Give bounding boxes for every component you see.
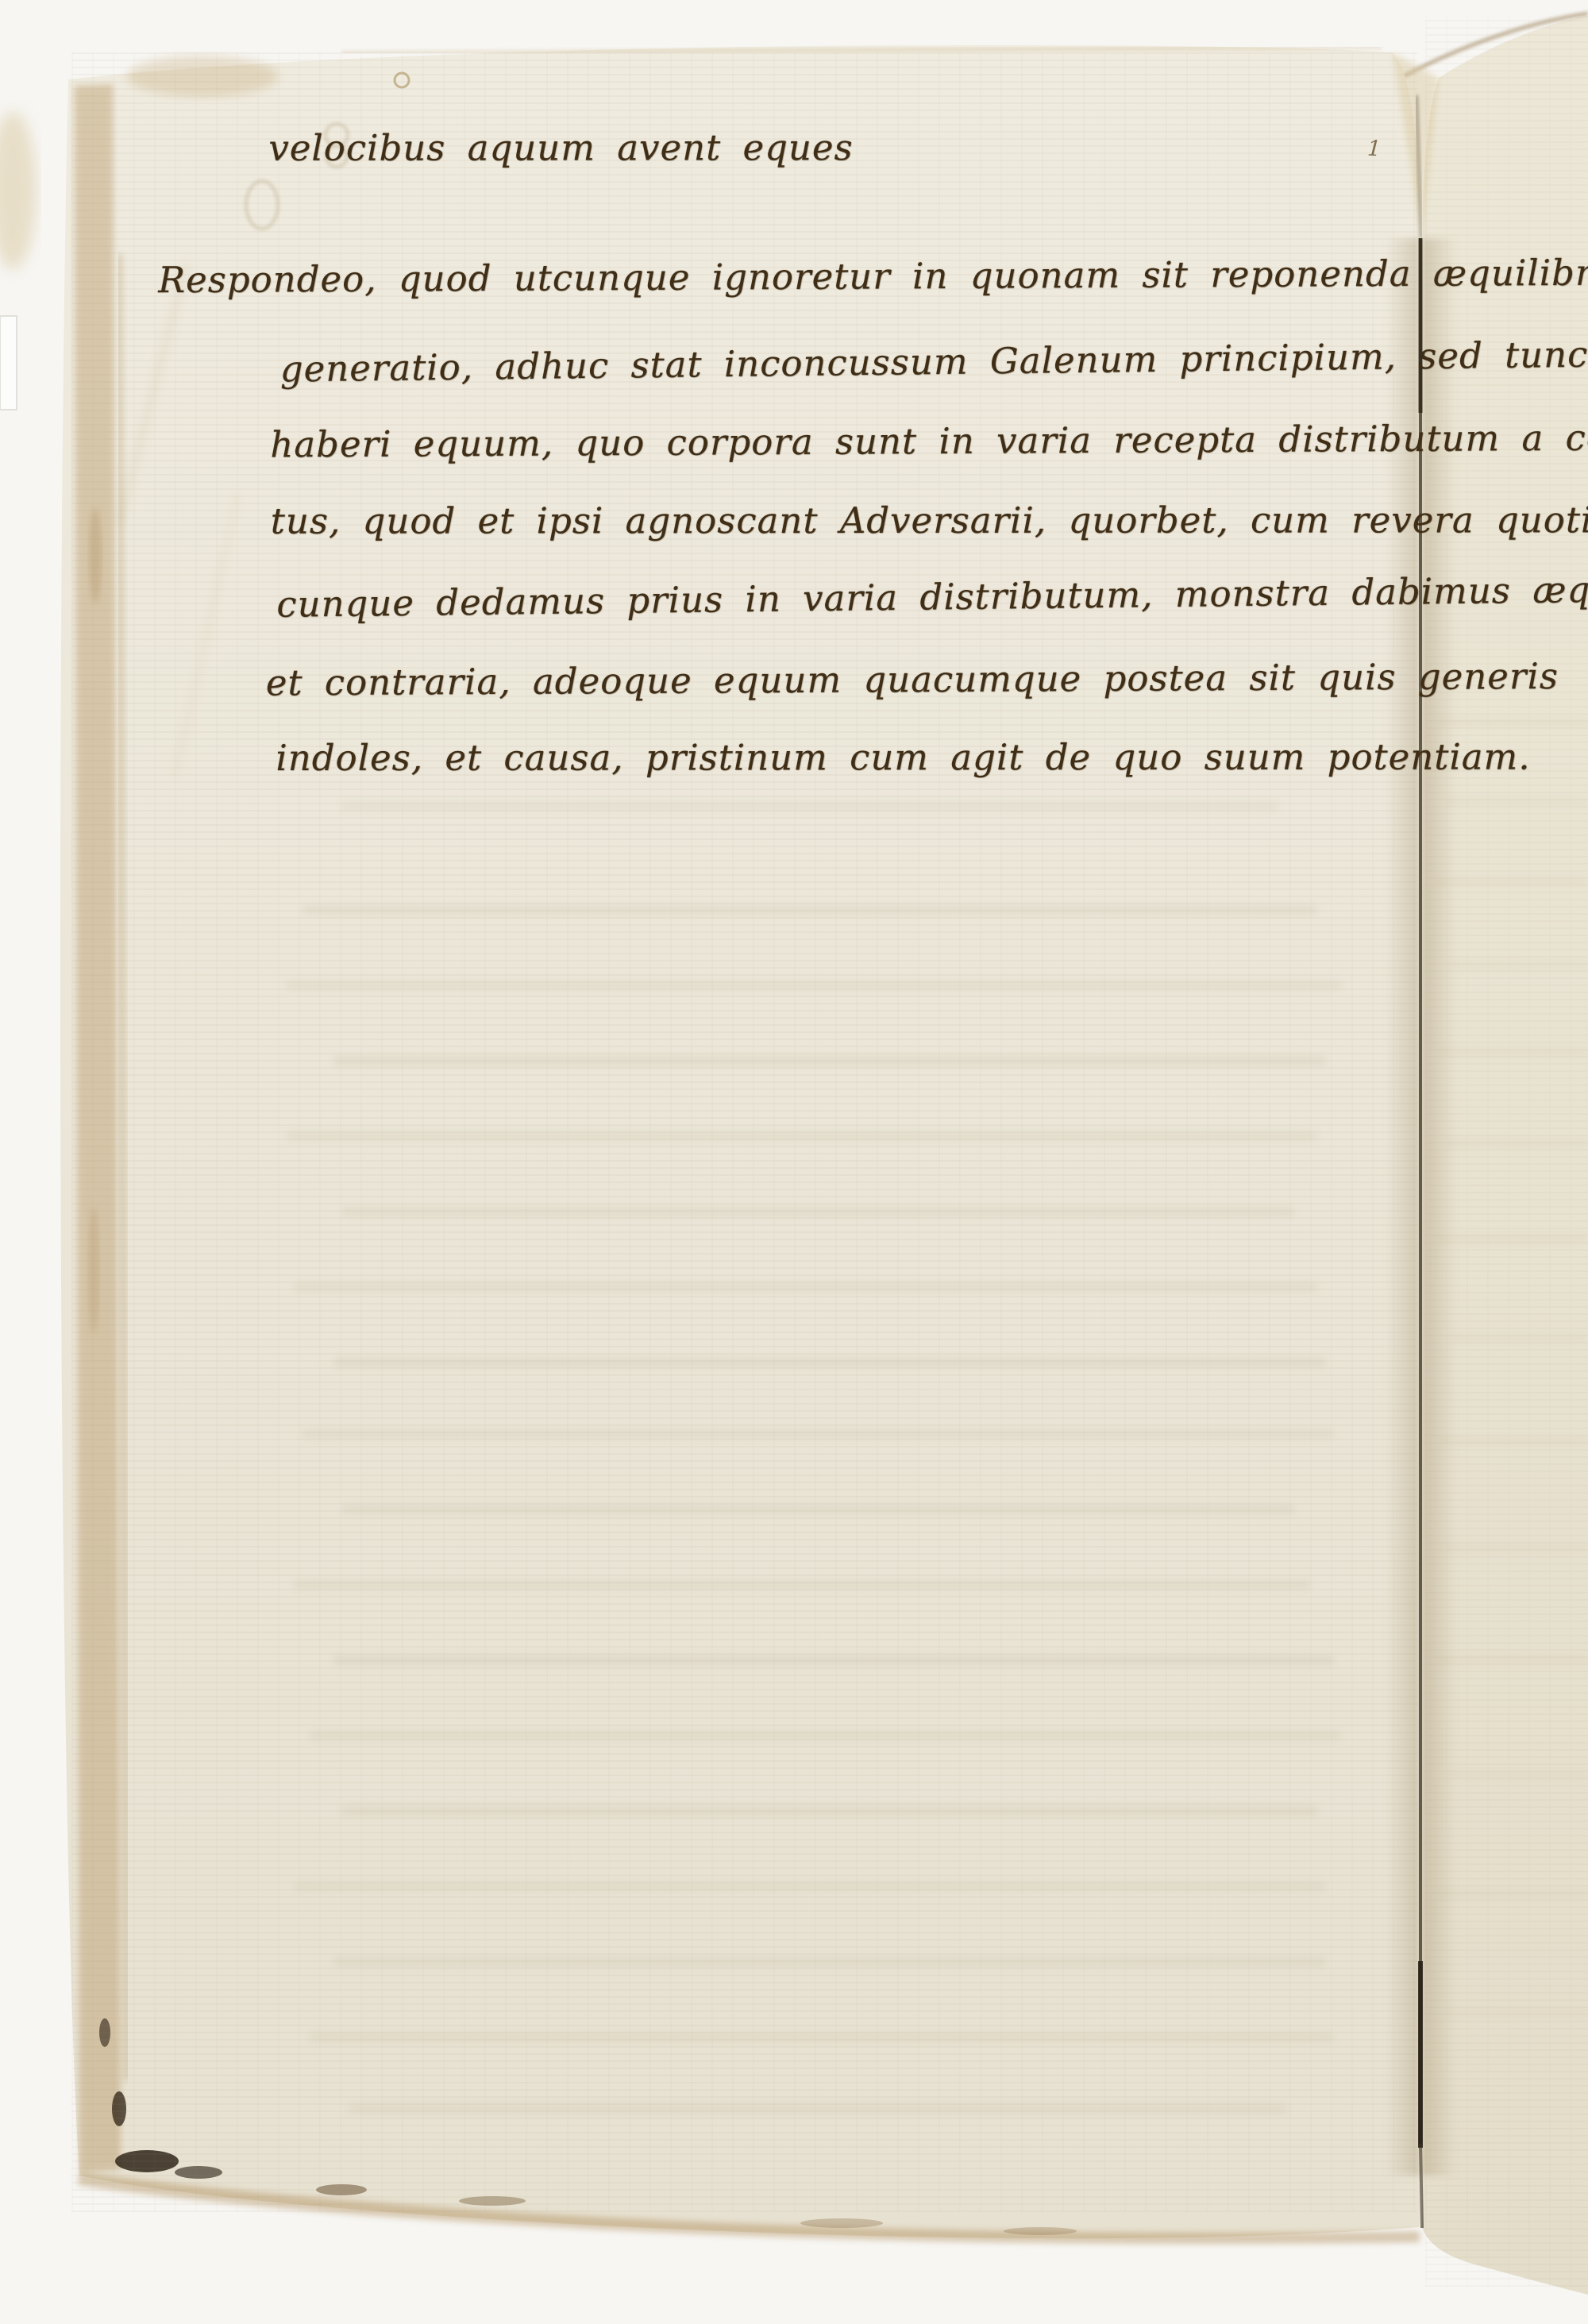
page-number-mark: 1 [1366,137,1382,162]
manuscript-line-3: haberi equum, quo corpora sunt in varia … [270,415,1588,465]
manuscript-text-block: velocibus aquum avent eques Respondeo, q… [0,0,1588,2324]
manuscript-line-6: et contraria, adeoque equum quacumque po… [266,655,1559,704]
manuscript-line-2: generatio, adhuc stat inconcussum Galenu… [279,333,1588,391]
manuscript-photo: velocibus aquum avent eques Respondeo, q… [0,0,1588,2324]
manuscript-line-1: Respondeo, quod utcunque ignoretur in qu… [158,251,1588,301]
manuscript-line-4: tus, quod et ipsi agnoscant Adversarii, … [271,499,1588,542]
manuscript-line-7: indoles, et causa, pristinum cum agit de… [276,736,1530,779]
manuscript-line-5: cunque dedamus prius in varia distributu… [276,568,1588,626]
manuscript-heading-line: velocibus aquum avent eques [268,126,853,169]
